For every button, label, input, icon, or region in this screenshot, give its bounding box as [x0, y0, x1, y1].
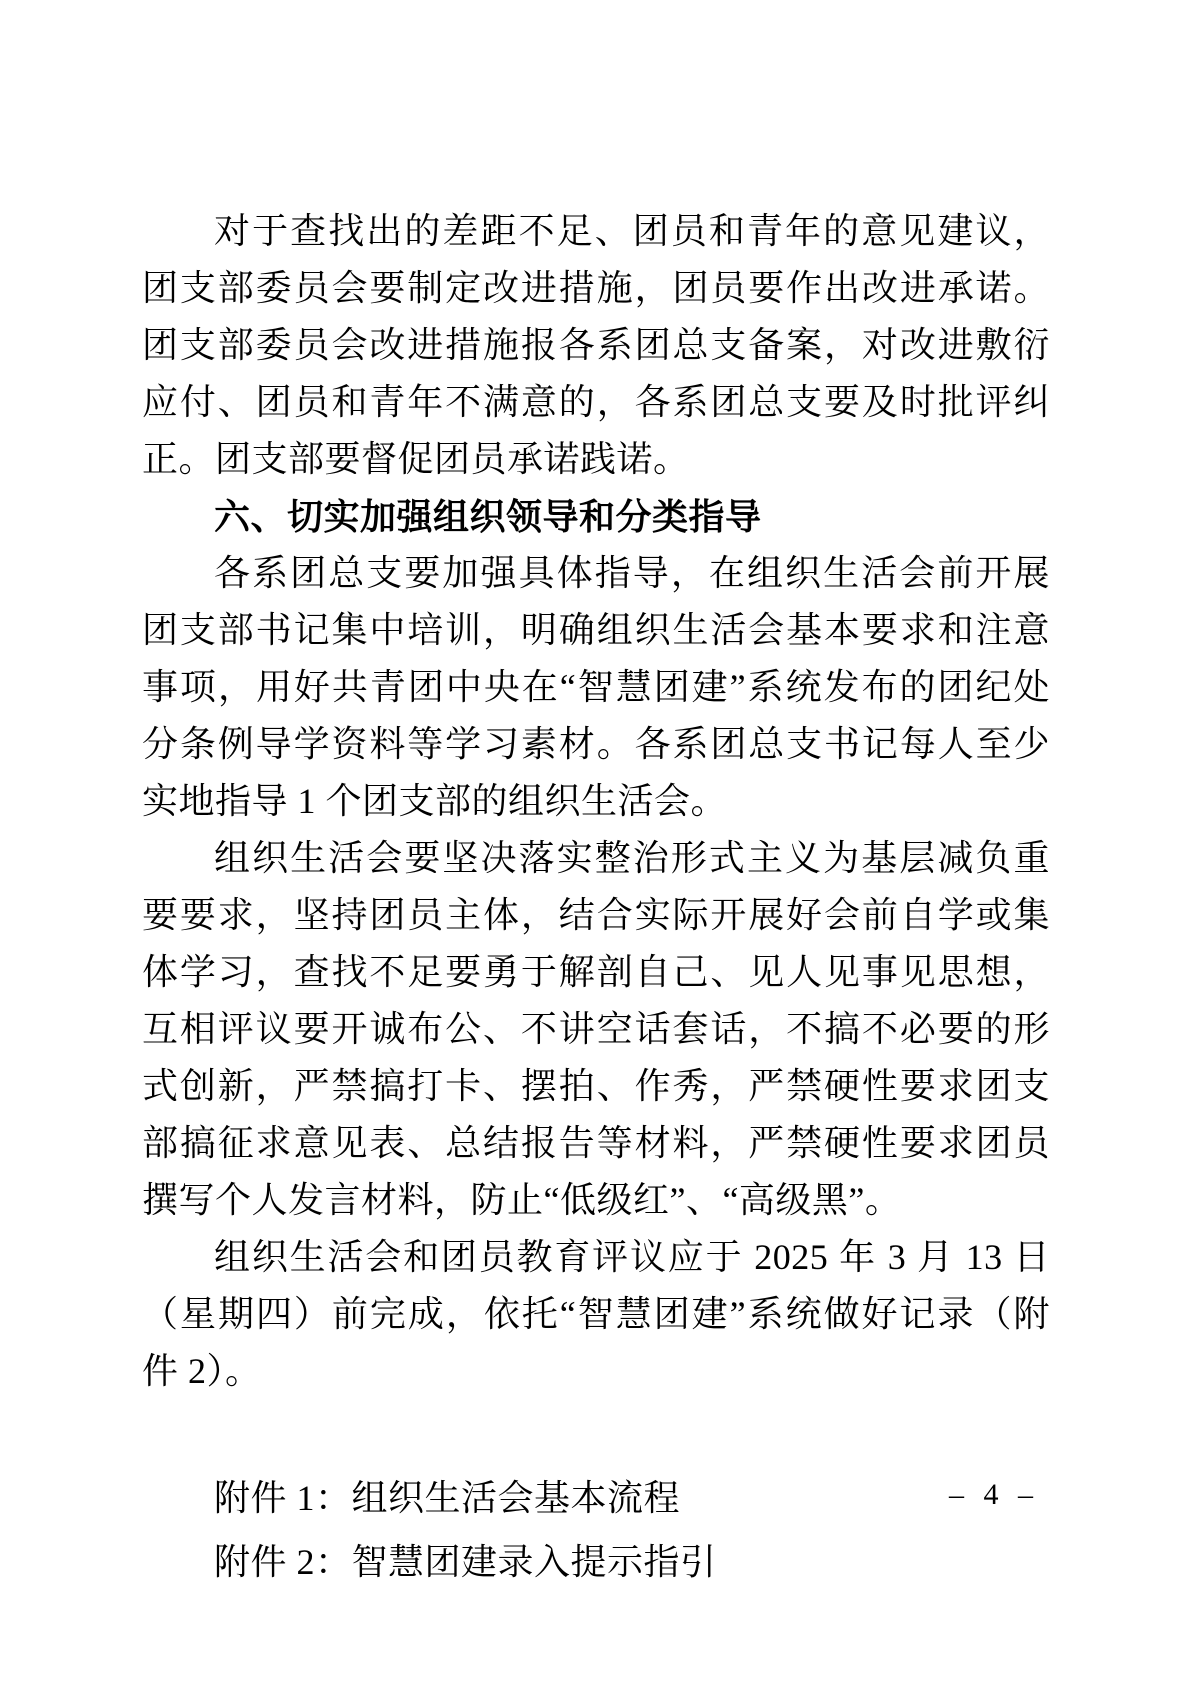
body-paragraph-guidance-training: 各系团总支要加强具体指导，在组织生活会前开展团支部书记集中培训，明确组织生活会基… [142, 545, 1050, 830]
body-paragraph-deadline: 组织生活会和团员教育评议应于 2025 年 3 月 13 日（星期四）前完成，依… [142, 1229, 1050, 1400]
body-paragraph-improvement-measures: 对于查找出的差距不足、团员和青年的意见建议，团支部委员会要制定改进措施，团员要作… [142, 203, 1050, 488]
document-page: 对于查找出的差距不足、团员和青年的意见建议，团支部委员会要制定改进措施，团员要作… [0, 0, 1191, 1684]
section-heading: 六、切实加强组织领导和分类指导 [142, 488, 1050, 545]
attachment-line-2: 附件 2：智慧团建录入提示指引 [142, 1530, 1050, 1594]
page-number: – 4 – [949, 1478, 1039, 1512]
attachment-line-1: 附件 1：组织生活会基本流程 [142, 1466, 1050, 1530]
document-body: 对于查找出的差距不足、团员和青年的意见建议，团支部委员会要制定改进措施，团员要作… [142, 203, 1050, 1594]
attachment-list: 附件 1：组织生活会基本流程 附件 2：智慧团建录入提示指引 [142, 1466, 1050, 1594]
body-paragraph-formalism-requirements: 组织生活会要坚决落实整治形式主义为基层减负重要要求，坚持团员主体，结合实际开展好… [142, 830, 1050, 1229]
